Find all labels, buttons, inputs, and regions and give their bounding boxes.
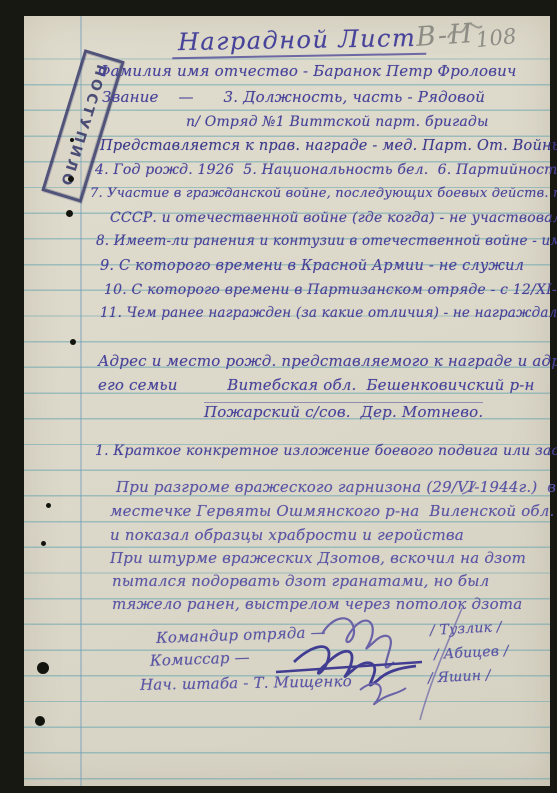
feat-line-4: При штурме вражеских Дзотов, вскочил на … [110, 551, 526, 566]
ink-speck [41, 541, 46, 546]
feat-line-3: и показал образцы храбрости и геройства [110, 528, 464, 543]
ink-speck [68, 176, 74, 182]
address-line-3: Пожарский с/сов. Дер. Мотнево. [204, 402, 483, 420]
form-line-partisan-since: 10. С которого времени в Партизанском от… [104, 283, 557, 297]
form-line-birth: 4. Год рожд. 1926 5. Национальность бел.… [95, 163, 557, 177]
form-line-award: Представляется к прав. награде - мед. Па… [100, 139, 557, 154]
feat-line-2: местечке Гервяты Ошмянского р-на Виленск… [110, 504, 555, 519]
punch-hole [70, 339, 76, 345]
signature-role-commander: Командир отряда — [156, 625, 326, 646]
address-line-2: его семьи Витебская обл. Бешенковичский … [98, 378, 535, 393]
feat-heading: 1. Краткое конкретное изложение боевого … [95, 444, 557, 458]
ink-speck [46, 503, 51, 508]
ink-speck [66, 210, 73, 217]
form-line-unit: п/ Отряд №1 Виттской парт. бригады [186, 115, 489, 129]
signature-name-chief-of-staff: / Яшин / [428, 668, 491, 685]
ink-speck [70, 138, 74, 142]
scanned-award-document: { "document": { "title": "Наградной Лист… [0, 0, 557, 793]
pencil-page-number: 108 [475, 26, 518, 51]
form-line-prior-awards: 11. Чем ранее награжден (за какие отличи… [100, 307, 557, 321]
page-title: Наградной Лист [172, 26, 427, 59]
signature-name-commissar: / Абицев / [434, 644, 509, 662]
feat-line-6: тяжело ранен, выстрелом через потолок дз… [112, 597, 522, 612]
address-line-1: Адрес и место рожд. представляемого к на… [98, 354, 557, 369]
pencil-class-mark: В-II [415, 20, 475, 51]
document-page: ПОСТУПИЛО Наградной Лист В-II 108 Фамили… [24, 16, 550, 786]
form-line-name: Фамилия имя отчество - Баранок Петр Фрол… [98, 64, 517, 79]
punch-hole [35, 716, 45, 726]
form-line-civil-war: 7. Участие в гражданской войне, последую… [90, 187, 557, 200]
form-line-ussr-war: СССР. и отечественной войне (где когда) … [110, 211, 557, 225]
form-line-wounds: 8. Имеет-ли ранения и контузии в отечест… [96, 235, 557, 249]
form-line-rank: Звание — 3. Должность, часть - Рядовой [102, 90, 485, 105]
signature-name-commander: / Тузлик / [430, 620, 502, 638]
feat-line-1: При разгроме вражеского гарнизона (29/VI… [116, 480, 556, 495]
feat-line-5: пытался подорвать дзот гранатами, но был [112, 574, 489, 589]
signature-role-chief-of-staff: Нач. штаба - Т. Мищенко [140, 674, 352, 693]
punch-hole [37, 662, 49, 674]
signature-role-commissar: Комиссар — [150, 650, 250, 668]
form-line-red-army: 9. С которого времени в Красной Армии - … [100, 259, 524, 274]
